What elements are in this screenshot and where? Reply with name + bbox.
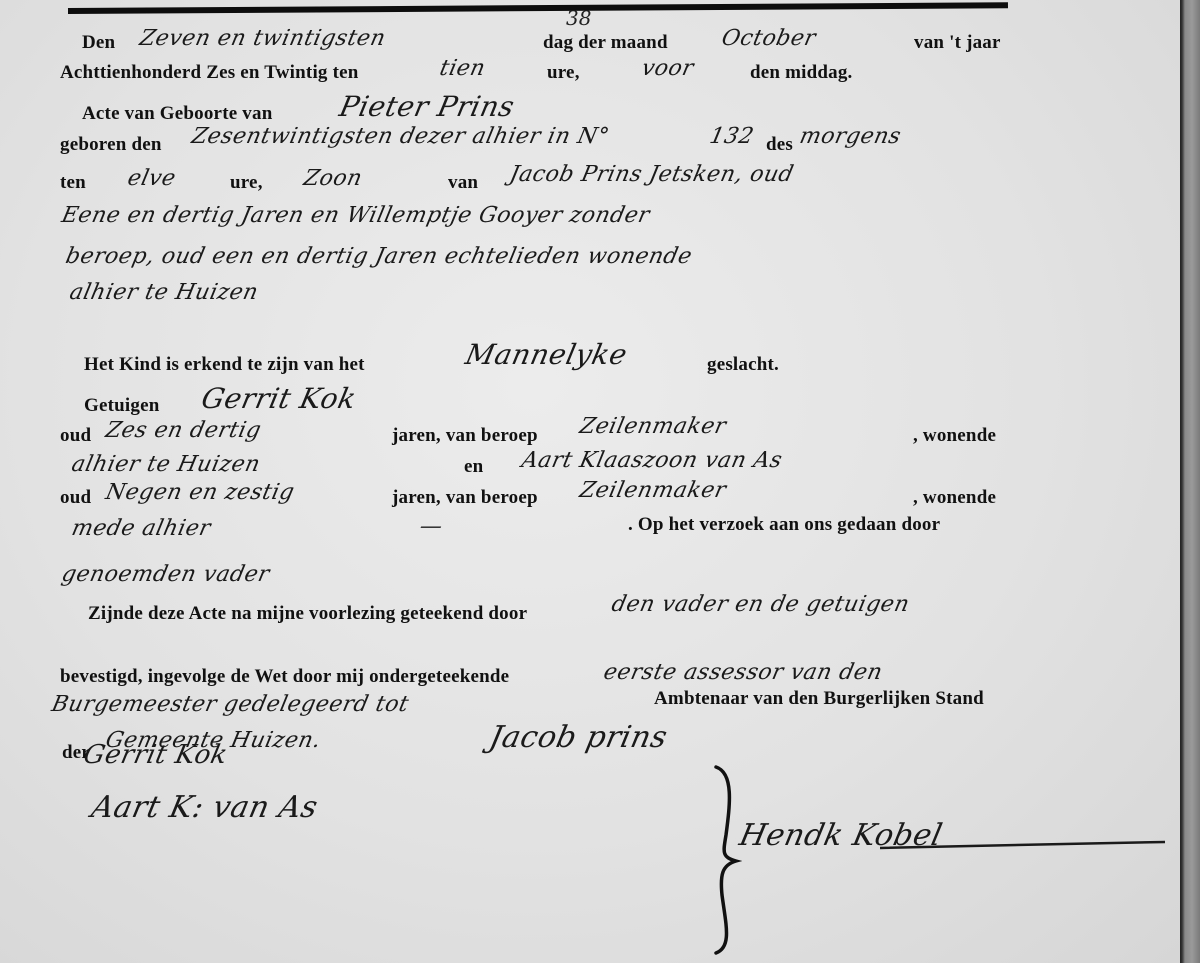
printed-van-t-jaar: van 't jaar [914,32,1001,54]
handwritten-parents-line-1: Eene en dertig Jaren en Willemptje Gooye… [59,203,652,228]
curly-brace-icon [712,765,742,955]
signature-flourish [880,826,1170,856]
handwritten-father: Jacob Prins Jetsken, oud [507,162,796,187]
printed-wonende-2: , wonende [913,487,996,509]
handwritten-witness-2: Aart Klaaszoon van As [519,448,784,473]
handwritten-day: Zeven en twintigsten [137,26,388,51]
handwritten-birth-hour: elve [125,166,178,191]
printed-bevestigd: bevestigd, ingevolge de Wet door mij ond… [60,666,509,688]
handwritten-occupation-2: Zeilenmaker [577,478,728,503]
handwritten-house-number: 132 [707,124,756,149]
printed-jaren-beroep-2: jaren, van beroep [392,487,538,509]
handwritten-parents-line-2: beroep, oud een en dertig Jaren echtelie… [63,244,694,269]
handwritten-occupation-1: Zeilenmaker [577,414,728,439]
handwritten-hour: tien [437,56,487,81]
printed-oud-2: oud [60,487,91,509]
printed-ure-2: ure, [230,172,263,194]
printed-en: en [464,456,483,478]
handwritten-residence: alhier te Huizen [67,280,260,305]
handwritten-age-2: Negen en zestig [103,480,296,505]
handwritten-official-title: eerste assessor van den [601,660,885,685]
printed-zijnde-deze-acte: Zijnde deze Acte na mijne voorlezing get… [88,603,527,625]
handwritten-relation: Zoon [301,166,364,191]
signature-witness-2: Aart K: van As [88,790,321,825]
handwritten-voor: voor [639,56,696,81]
handwritten-witness-1: Gerrit Kok [198,382,359,415]
printed-acte-van-geboorte: Acte van Geboorte van [82,103,272,125]
printed-geboren-den: geboren den [60,134,162,156]
handwritten-residence-2: mede alhier [69,516,213,541]
printed-ambtenaar: Ambtenaar van den Burgerlijken Stand [654,688,984,710]
printed-oud-1: oud [60,425,91,447]
printed-geslacht: geslacht. [707,354,779,376]
handwritten-time-of-day: morgens [797,124,903,149]
printed-van: van [448,172,478,194]
printed-jaren-beroep-1: jaren, van beroep [392,425,538,447]
printed-wonende-1: , wonende [913,425,996,447]
handwritten-month: October [719,26,818,51]
handwritten-sex: Mannelyke [462,338,630,371]
page-binding-edge [1180,0,1200,963]
printed-op-het-verzoek: . Op het verzoek aan ons gedaan door [628,514,940,536]
handwritten-age-1: Zes en dertig [103,418,263,443]
printed-den-middag: den middag. [750,62,853,84]
handwritten-child-name: Pieter Prins [336,90,517,123]
signature-witness-1: Gerrit Kok [81,740,231,770]
handwritten-genoemden-vader: genoemden vader [59,562,272,587]
handwritten-signed-by: den vader en de getuigen [609,592,911,617]
handwritten-residence-1: alhier te Huizen [69,452,262,477]
document-page: 38 Den Zeven en twintigsten dag der maan… [0,0,1184,963]
top-rule-line [68,2,1008,14]
printed-ten: ten [60,172,86,194]
handwritten-dash: — [417,514,445,539]
margin-number: 38 [566,6,591,30]
printed-ure: ure, [547,62,580,84]
printed-den: Den [82,32,115,54]
printed-getuigen: Getuigen [84,395,160,417]
handwritten-official-title-2: Burgemeester gedelegeerd tot [49,692,411,717]
signature-father: Jacob prins [486,720,670,755]
printed-des: des [766,134,793,156]
printed-dag-der-maand: dag der maand [543,32,668,54]
handwritten-birth-date-place: Zesentwintigsten dezer alhier in N° [189,124,611,149]
printed-year: Achttienhonderd Zes en Twintig ten [60,62,359,84]
printed-het-kind: Het Kind is erkend te zijn van het [84,354,365,376]
